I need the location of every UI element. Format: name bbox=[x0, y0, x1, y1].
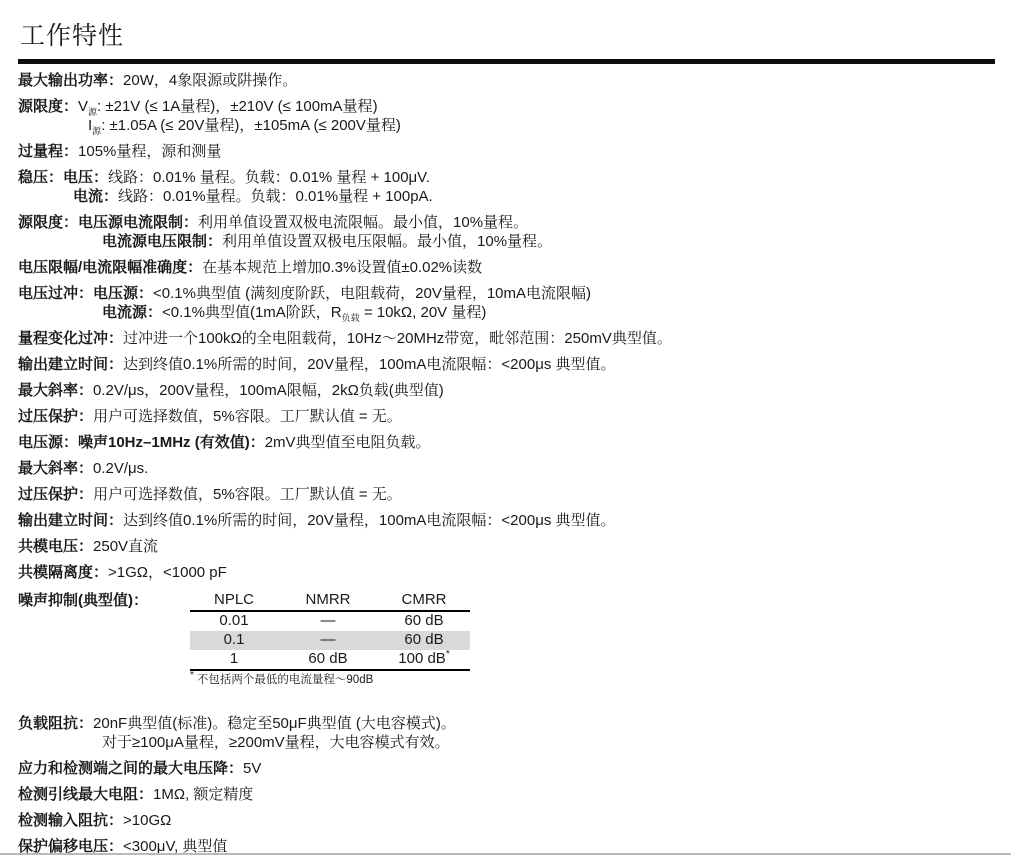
spec-line-regulation-current: 电流：线路：0.01%量程。负载：0.01%量程 + 100pA. bbox=[18, 187, 997, 206]
spec-line-ovp-1: 过压保护：用户可选择数值，5%容限。工厂默认值 = 无。 bbox=[18, 407, 997, 426]
spec-subscript: 负载 bbox=[342, 313, 360, 323]
spec-line-load-impedance-cont: 对于≥100μA量程，≥200mV量程，大电容模式有效。 bbox=[18, 733, 997, 752]
title-rule bbox=[18, 59, 995, 64]
spec-line-slew-rate-2: 最大斜率：0.2V/μs. bbox=[18, 459, 997, 478]
spec-line-range-change-overshoot: 量程变化过冲：过冲进一个100kΩ的全电阻载荷，10Hz～20MHz带宽，毗邻范… bbox=[18, 329, 997, 348]
document-page: 工作特性 最大输出功率：20W，4象限源或阱操作。 源限度：V源: ±21V (… bbox=[0, 0, 1011, 859]
spec-line-common-mode-voltage: 共模电压：250V直流 bbox=[18, 537, 997, 556]
footnote-marker: * bbox=[190, 670, 194, 681]
spec-text: 过冲进一个100kΩ的全电阻载荷，10Hz～20MHz带宽，毗邻范围：250mV… bbox=[123, 330, 672, 347]
spec-text: 1MΩ, 额定精度 bbox=[153, 786, 253, 803]
footnote-marker: * bbox=[446, 649, 450, 660]
spec-text: 105%量程，源和测量 bbox=[78, 143, 221, 160]
spec-text: 对于≥100μA量程，≥200mV量程，大电容模式有效。 bbox=[102, 734, 450, 751]
spec-label: 量程变化过冲： bbox=[18, 330, 123, 347]
spec-text: = 10kΩ, 20V 量程) bbox=[360, 304, 487, 321]
spec-label: 过压保护： bbox=[18, 408, 93, 425]
spec-line-source-limits-v: 源限度：V源: ±21V (≤ 1A量程)，±210V (≤ 100mA量程) bbox=[18, 97, 997, 116]
spec-line-ovp-2: 过压保护：用户可选择数值，5%容限。工厂默认值 = 无。 bbox=[18, 485, 997, 504]
spec-text: >1GΩ，<1000 pF bbox=[108, 564, 227, 581]
spec-text: 达到终值0.1%所需的时间，20V量程，100mA电流限幅：<200μs 典型值… bbox=[123, 512, 616, 529]
spec-line-settling-time-2: 输出建立时间：达到终值0.1%所需的时间，20V量程，100mA电流限幅：<20… bbox=[18, 511, 997, 530]
spec-label: 电压源：噪声10Hz–1MHz (有效值)： bbox=[18, 434, 265, 451]
spec-text: 达到终值0.1%所需的时间，20V量程，100mA电流限幅：<200μs 典型值… bbox=[123, 356, 616, 373]
page-bottom-rule bbox=[0, 853, 1011, 855]
table-row: 0.1 — 60 dB bbox=[190, 631, 470, 650]
spec-label: 电压过冲：电压源： bbox=[18, 285, 153, 302]
spec-label: 最大斜率： bbox=[18, 460, 93, 477]
spec-text: : ±1.05A (≤ 20V量程)，±105mA (≤ 200V量程) bbox=[101, 117, 401, 134]
cell-nplc: 0.01 bbox=[190, 611, 278, 631]
spec-line-slew-rate-1: 最大斜率：0.2V/μs，200V量程，100mA限幅，2kΩ负载(典型值) bbox=[18, 381, 997, 400]
spec-text: 线路：0.01% 量程。负载：0.01% 量程 + 100μV. bbox=[108, 169, 430, 186]
table-row: 0.01 — 60 dB bbox=[190, 611, 470, 631]
spec-label: 输出建立时间： bbox=[18, 512, 123, 529]
spec-text: 5V bbox=[243, 760, 261, 777]
spec-text: 用户可选择数值，5%容限。工厂默认值 = 无。 bbox=[93, 486, 402, 503]
spec-label: 最大输出功率： bbox=[18, 72, 123, 89]
cell-cmrr: 60 dB bbox=[378, 631, 470, 650]
spec-label: 源限度：电压源电流限制： bbox=[18, 214, 198, 231]
spec-label: 电流： bbox=[73, 188, 118, 205]
spec-label: 源限度： bbox=[18, 98, 78, 115]
spec-text: 0.2V/μs，200V量程，100mA限幅，2kΩ负载(典型值) bbox=[93, 382, 444, 399]
spec-line-limit-accuracy: 电压限幅/电流限幅准确度：在基本规范上增加0.3%设置值±0.02%读数 bbox=[18, 258, 997, 277]
spec-text: 0.2V/μs. bbox=[93, 460, 148, 477]
noise-rejection-section: 噪声抑制(典型值)： NPLC NMRR CMRR 0.01 — 60 dB bbox=[18, 591, 997, 671]
spec-text: 20W，4象限源或阱操作。 bbox=[123, 72, 297, 89]
cell-cmrr: 100 dB* bbox=[378, 650, 470, 670]
table-footnote: *不包括两个最低的电流量程～90dB bbox=[190, 673, 997, 687]
spec-label: 负载阻抗： bbox=[18, 715, 93, 732]
table-header-row: NPLC NMRR CMRR bbox=[190, 591, 470, 611]
noise-rejection-table: NPLC NMRR CMRR 0.01 — 60 dB 0.1 — 60 dB bbox=[190, 591, 470, 671]
spec-line-source-limits-i: I源: ±1.05A (≤ 20V量程)，±105mA (≤ 200V量程) bbox=[18, 116, 997, 135]
spec-line-max-voltage-drop: 应力和检测端之间的最大电压降：5V bbox=[18, 759, 997, 778]
spec-text: 250V直流 bbox=[93, 538, 158, 555]
spec-text: >10GΩ bbox=[123, 812, 171, 829]
spec-text: <0.1%典型值(1mA阶跃，R bbox=[162, 304, 342, 321]
spec-line-common-mode-isolation: 共模隔离度：>1GΩ，<1000 pF bbox=[18, 563, 997, 582]
spec-label: 电流源： bbox=[102, 304, 162, 321]
spec-text: 线路：0.01%量程。负载：0.01%量程 + 100pA. bbox=[118, 188, 433, 205]
spec-label: 过量程： bbox=[18, 143, 78, 160]
spec-line-sense-lead-resistance: 检测引线最大电阻：1MΩ, 额定精度 bbox=[18, 785, 997, 804]
spec-line-overshoot-isource: 电流源：<0.1%典型值(1mA阶跃，R负载 = 10kΩ, 20V 量程) bbox=[18, 303, 997, 322]
cell-cmrr: 60 dB bbox=[378, 611, 470, 631]
cell-nmrr: 60 dB bbox=[278, 650, 378, 670]
spec-line-overrange: 过量程：105%量程，源和测量 bbox=[18, 142, 997, 161]
spec-text: 2mV典型值至电阻负载。 bbox=[265, 434, 431, 451]
spec-line-sense-input-impedance: 检测输入阻抗：>10GΩ bbox=[18, 811, 997, 830]
spec-label: 稳压：电压： bbox=[18, 169, 108, 186]
spec-line-overshoot-vsource: 电压过冲：电压源：<0.1%典型值 (满刻度阶跃，电阻载荷，20V量程，10mA… bbox=[18, 284, 997, 303]
spec-label: 共模隔离度： bbox=[18, 564, 108, 581]
spec-subscript: 源 bbox=[92, 126, 101, 136]
table-header-nmrr: NMRR bbox=[278, 591, 378, 611]
spec-label: 共模电压： bbox=[18, 538, 93, 555]
spec-line-load-impedance: 负载阻抗：20nF典型值(标准)。稳定至50μF典型值 (大电容模式)。 bbox=[18, 714, 997, 733]
spec-text: 利用单值设置双极电流限幅。最小值，10%量程。 bbox=[198, 214, 528, 231]
spec-text: 20nF典型值(标准)。稳定至50μF典型值 (大电容模式)。 bbox=[93, 715, 456, 732]
spec-label: 电流源电压限制： bbox=[102, 233, 222, 250]
spec-text: <0.1%典型值 (满刻度阶跃，电阻载荷，20V量程，10mA电流限幅) bbox=[153, 285, 591, 302]
spec-line-regulation-voltage: 稳压：电压：线路：0.01% 量程。负载：0.01% 量程 + 100μV. bbox=[18, 168, 997, 187]
spec-line-max-output-power: 最大输出功率：20W，4象限源或阱操作。 bbox=[18, 71, 997, 90]
cell-nmrr: — bbox=[278, 611, 378, 631]
cell-nmrr: — bbox=[278, 631, 378, 650]
footnote-text: 不包括两个最低的电流量程～90dB bbox=[197, 674, 373, 686]
cell-cmrr-value: 100 dB bbox=[398, 650, 446, 667]
spec-label: 过压保护： bbox=[18, 486, 93, 503]
noise-rejection-table-area: NPLC NMRR CMRR 0.01 — 60 dB 0.1 — 60 dB bbox=[190, 591, 470, 671]
page-title: 工作特性 bbox=[20, 16, 997, 52]
spec-text: 用户可选择数值，5%容限。工厂默认值 = 无。 bbox=[93, 408, 402, 425]
spec-label: 输出建立时间： bbox=[18, 356, 123, 373]
noise-rejection-label: 噪声抑制(典型值)： bbox=[18, 591, 190, 610]
spec-text: V bbox=[78, 98, 88, 115]
spec-label: 电压限幅/电流限幅准确度： bbox=[18, 259, 202, 276]
spec-label: 检测引线最大电阻： bbox=[18, 786, 153, 803]
table-header-cmrr: CMRR bbox=[378, 591, 470, 611]
table-header-nplc: NPLC bbox=[190, 591, 278, 611]
spec-line-limit-isource: 电流源电压限制：利用单值设置双极电压限幅。最小值，10%量程。 bbox=[18, 232, 997, 251]
table-row: 1 60 dB 100 dB* bbox=[190, 650, 470, 670]
cell-nplc: 0.1 bbox=[190, 631, 278, 650]
spec-text: : ±21V (≤ 1A量程)，±210V (≤ 100mA量程) bbox=[97, 98, 378, 115]
spec-label: 最大斜率： bbox=[18, 382, 93, 399]
spec-line-settling-time-1: 输出建立时间：达到终值0.1%所需的时间，20V量程，100mA电流限幅：<20… bbox=[18, 355, 997, 374]
spec-label: 应力和检测端之间的最大电压降： bbox=[18, 760, 243, 777]
spec-line-limit-vsource: 源限度：电压源电流限制：利用单值设置双极电流限幅。最小值，10%量程。 bbox=[18, 213, 997, 232]
spec-text: 在基本规范上增加0.3%设置值±0.02%读数 bbox=[202, 259, 482, 276]
spec-label: 检测输入阻抗： bbox=[18, 812, 123, 829]
spec-text: 利用单值设置双极电压限幅。最小值，10%量程。 bbox=[222, 233, 552, 250]
cell-nplc: 1 bbox=[190, 650, 278, 670]
spec-line-vsource-noise: 电压源：噪声10Hz–1MHz (有效值)：2mV典型值至电阻负载。 bbox=[18, 433, 997, 452]
